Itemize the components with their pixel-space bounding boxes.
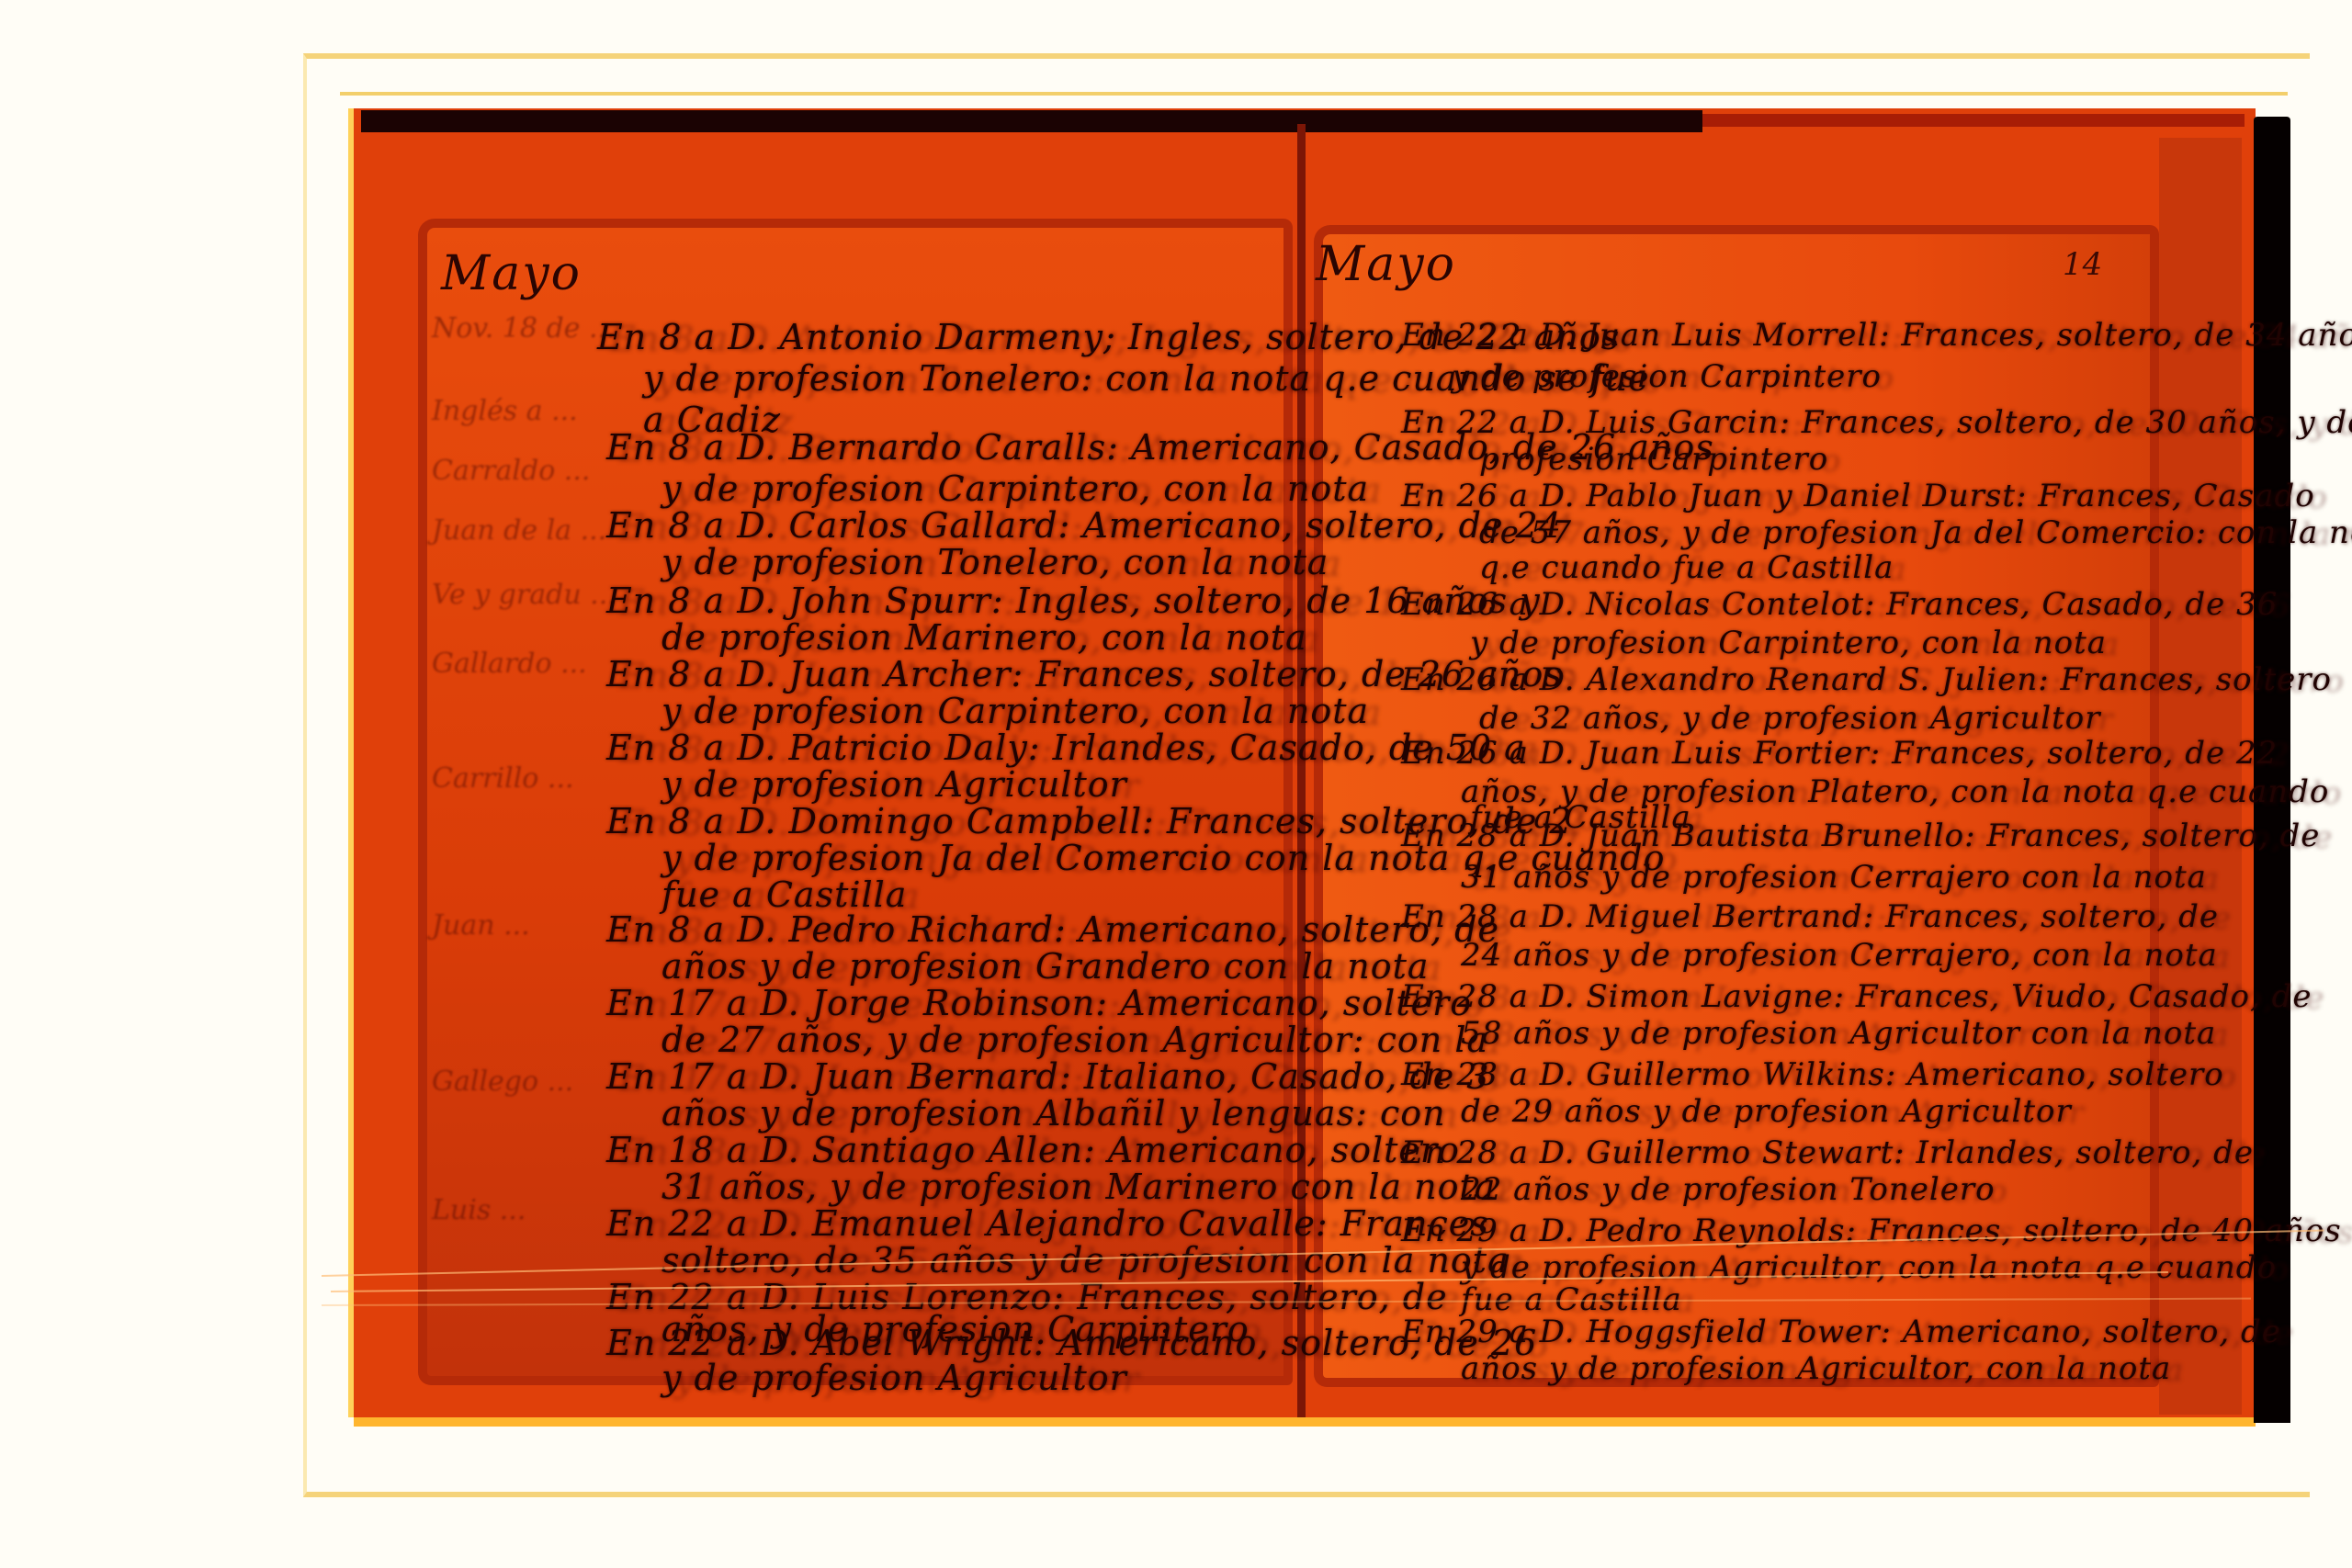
entry-line: En 28 a D. Guillermo Wilkins: Americano,…: [1401, 1056, 2224, 1093]
entry-line: En 26 a D. Pablo Juan y Daniel Durst: Fr…: [1401, 478, 2315, 514]
entry-line: En 8 a D. Pedro Richard: Americano, solt…: [606, 909, 1499, 950]
entry-line: q.e cuando fue a Castilla: [1479, 549, 1894, 586]
entry-line: años y de profesion Albañil y lenguas: c…: [661, 1093, 1446, 1134]
entry-line: profesion Carpintero: [1479, 441, 1828, 478]
entry-line: de 27 años, y de profesion Agricultor: c…: [661, 1020, 1488, 1060]
entry-line: En 22 a D. Luis Garcin: Frances, soltero…: [1401, 404, 2352, 441]
entry-line: y de profesion Agricultor, con la nota q…: [1461, 1249, 2277, 1286]
page-number: 14: [2063, 246, 2102, 283]
left-page-month-heading: Mayo: [441, 246, 582, 301]
entry-line: y de profesion Tonelero, con la nota: [661, 542, 1329, 582]
entry-line: En 8 a D. Patricio Daly: Irlandes, Casad…: [606, 728, 1526, 768]
entry-line: de profesion Marinero, con la nota: [661, 617, 1307, 658]
entry-line: En 26 a D. Alexandro Renard S. Julien: F…: [1401, 661, 2332, 698]
entry-line: En 29 a D. Pedro Reynolds: Frances, solt…: [1401, 1213, 2342, 1249]
entry-line: y de profesion Carpintero, con la nota: [661, 691, 1369, 731]
entry-line: y de profesion Agricultor: [661, 764, 1127, 805]
entry-line: años y de profesion Agricultor, con la n…: [1461, 1350, 2171, 1387]
entry-line: 58 años y de profesion Agricultor con la…: [1461, 1015, 2216, 1052]
entry-line: En 17 a D. Jorge Robinson: Americano, so…: [606, 983, 1472, 1023]
entry-line: 31 años y de profesion Cerrajero con la …: [1461, 859, 2207, 896]
entry-line: En 28 a D. Miguel Bertrand: Frances, sol…: [1401, 898, 2219, 935]
entry-line: y de profesion Carpintero: [1452, 358, 1882, 395]
entry-line: 22 años y de profesion Tonelero: [1461, 1171, 1996, 1208]
entry-line: En 18 a D. Santiago Allen: Americano, so…: [606, 1130, 1460, 1170]
entry-line: años y de profesion Grandero con la nota: [661, 946, 1430, 987]
entry-line: En 26 a D. Nicolas Contelot: Frances, Ca…: [1401, 586, 2278, 623]
entry-line: de 32 años, y de profesion Agricultor: [1479, 700, 2101, 737]
entry-line: En 26 a D. Juan Luis Fortier: Frances, s…: [1401, 735, 2278, 772]
entry-line: En 17 a D. Juan Bernard: Italiano, Casad…: [606, 1056, 1489, 1097]
right-page-month-heading: Mayo: [1316, 237, 1456, 292]
entry-line: 31 años, y de profesion Marinero con la …: [661, 1167, 1496, 1207]
entry-line: En 22 a D. Emanuel Alejandro Cavalle: Fr…: [606, 1203, 1489, 1244]
entry-line: de 29 años y de profesion Agricultor: [1461, 1093, 2072, 1130]
entry-line: 24 años y de profesion Cerrajero, con la…: [1461, 937, 2218, 974]
entry-line: En 29 a D. Hoggsfield Tower: Americano, …: [1401, 1314, 2281, 1350]
entry-line: En 28 a D. Simon Lavigne: Frances, Viudo…: [1401, 978, 2312, 1015]
entry-line: de 57 años, y de profesion Ja del Comerc…: [1479, 514, 2352, 551]
entry-line: soltero, de 35 años y de profesion con l…: [661, 1240, 1510, 1280]
entry-line: En 22 a D. Juan Luis Morrell: Frances, s…: [1401, 317, 2352, 354]
entry-line: En 28 a D. Juan Bautista Brunello: Franc…: [1401, 818, 2320, 854]
entry-line: y de profesion Carpintero, con la nota: [661, 468, 1369, 509]
film-top-edge: [361, 110, 1702, 132]
entry-line: En 28 a D. Guillermo Stewart: Irlandes, …: [1401, 1134, 2254, 1171]
entry-line: y de profesion Agricultor: [661, 1358, 1127, 1398]
entry-line: y de profesion Carpintero, con la nota: [1470, 625, 2107, 661]
film-top-edge-right: [1702, 114, 2245, 127]
